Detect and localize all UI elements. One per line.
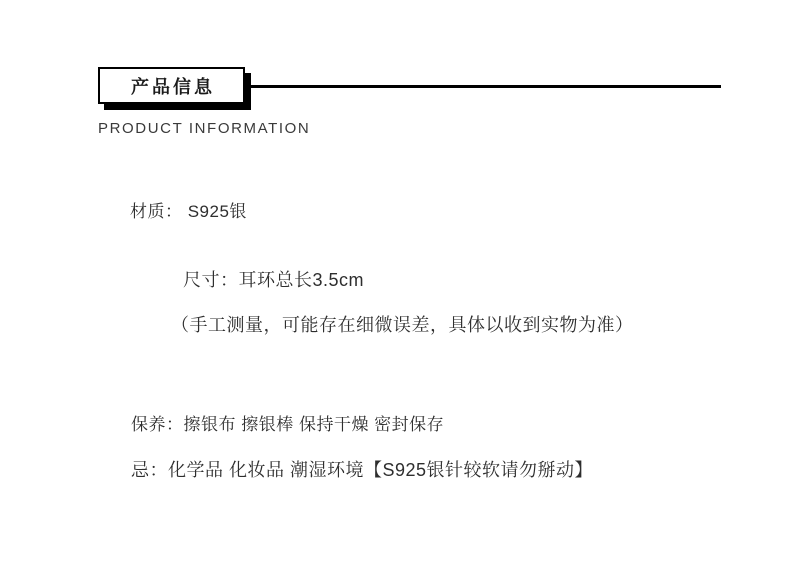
size-text: 尺寸：耳环总长3.5cm: [183, 266, 364, 292]
care-instructions-text: 保养：擦银布 擦银棒 保持干燥 密封保存: [131, 410, 444, 435]
section-title-english: PRODUCT INFORMATION: [98, 120, 310, 137]
header-divider-line: [245, 85, 721, 88]
size-disclaimer-text: （手工测量，可能存在细微误差，具体以收到实物为准）: [171, 311, 634, 337]
material-text: 材质： S925银: [130, 197, 247, 222]
section-title-chinese: 产品信息: [128, 73, 215, 99]
product-info-section: 产品信息 PRODUCT INFORMATION 材质： S925银 尺寸：耳环…: [0, 0, 790, 576]
section-title-box: 产品信息: [98, 67, 245, 104]
avoid-warning-text: 忌：化学品 化妆品 潮湿环境【S925银针较软请勿掰动】: [131, 456, 593, 482]
